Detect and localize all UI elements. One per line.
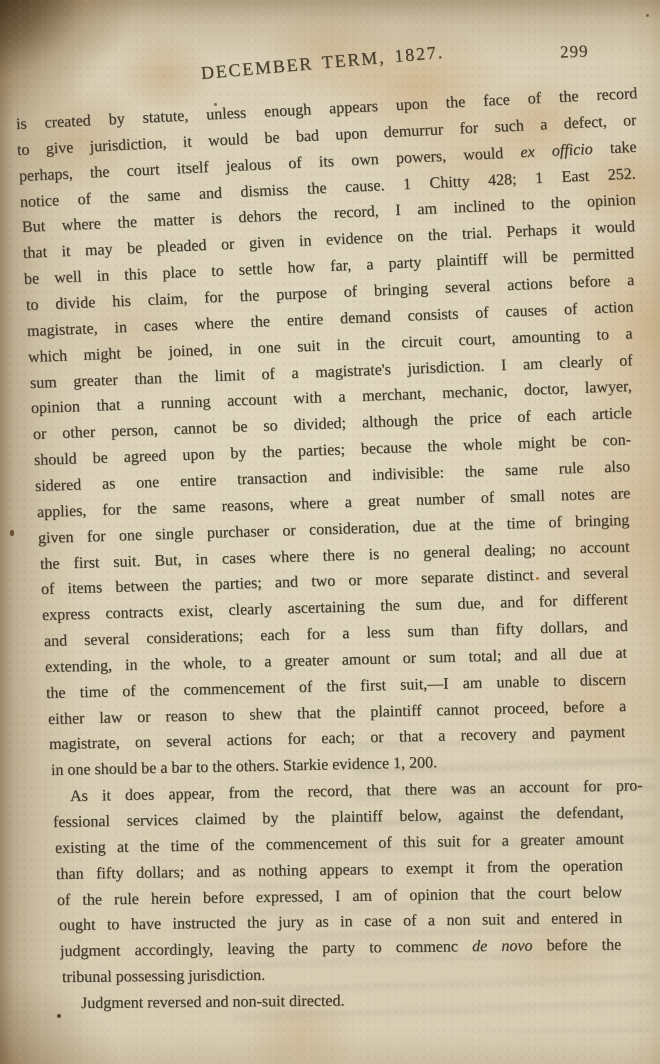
book-page-scan: DECEMBER TERM, 1827. 299 is created by s… bbox=[0, 0, 660, 1064]
text-line: Judgment reversed and non-suit directed. bbox=[81, 986, 639, 1017]
text-block: is created by statute, unless enough app… bbox=[0, 0, 660, 1064]
